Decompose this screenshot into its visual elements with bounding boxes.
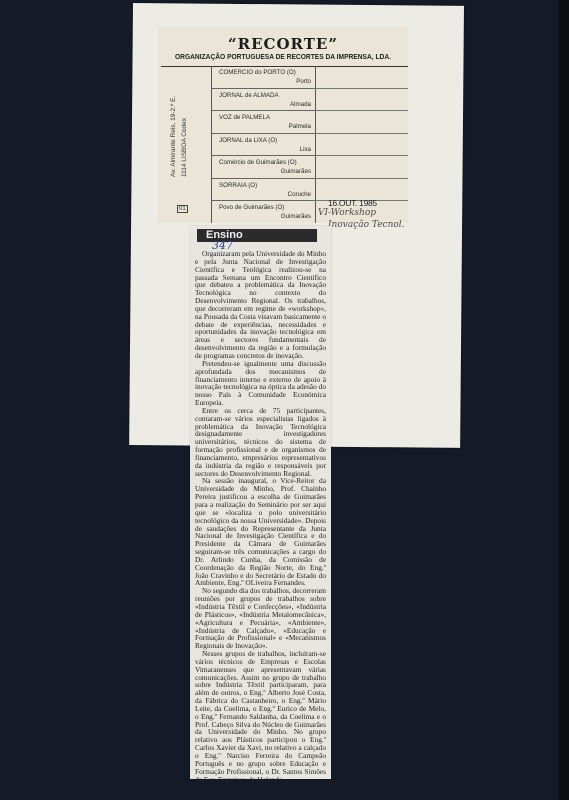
publication-place: Guimarães — [281, 168, 311, 175]
publication-place: Porto — [296, 78, 311, 85]
publication-row: JORNAL da LIXA (O) Lixa — [212, 134, 315, 157]
article-paragraph: Organizaram pela Universidade do Minho e… — [195, 250, 326, 360]
publication-place: Guimarães — [281, 213, 311, 220]
publication-place: Coruche — [288, 191, 311, 198]
article-body: Organizaram pela Universidade do Minho e… — [195, 250, 326, 783]
publication-row: JORNAL de ALMADA Almada — [212, 89, 315, 112]
publication-name: VOZ de PALMELA — [219, 114, 270, 121]
article-paragraph: No segundo dia dos trabalhos, decorreram… — [195, 587, 326, 650]
handwritten-note: Inovação Tecnol. — [328, 220, 405, 230]
publication-name: COMERCIO do PORTO (O) — [219, 69, 296, 76]
handwritten-note: VI-Workshop — [318, 208, 376, 218]
scan-edge — [559, 0, 569, 800]
address-line-2: 1114 LISBOA Codex — [179, 17, 190, 177]
note-line — [315, 134, 408, 157]
date-stamp: 16.OUT. 1985 — [328, 198, 377, 208]
publication-name: SORRAIA (O) — [219, 182, 257, 189]
address-line-1: Av. Almirante Reis, 19-2.º E. — [168, 17, 179, 177]
publication-row: COMERCIO do PORTO (O) Porto — [212, 66, 315, 89]
agency-address: Av. Almirante Reis, 19-2.º E. 1114 LISBO… — [168, 17, 198, 177]
publication-place: Lixa — [300, 146, 311, 153]
publication-name: Comércio de Guimarães (O) — [219, 159, 297, 166]
recorte-header-slip: “RECORTE” ORGANIZAÇÃO PORTUGUESA DE RECO… — [158, 27, 408, 223]
article-paragraph: Entre os cerca de 75 participantes, cont… — [195, 407, 326, 478]
publication-row: SORRAIA (O) Coruche — [212, 179, 315, 202]
form-code: 01 — [177, 205, 188, 213]
newspaper-clipping: Ensino 347 Organizaram pela Universidade… — [190, 226, 331, 779]
agency-subtitle: ORGANIZAÇÃO PORTUGUESA DE RECORTES DA IM… — [164, 54, 402, 61]
publication-place: Almada — [290, 101, 311, 108]
publication-row: Comércio de Guimarães (O) Guimarães — [212, 156, 315, 179]
article-paragraph: Na sessão inaugural, o Vice-Reitor da Un… — [195, 477, 326, 587]
publication-name: JORNAL da LIXA (O) — [219, 137, 277, 144]
note-line — [315, 89, 408, 112]
publication-place: Palmela — [289, 123, 311, 130]
note-line — [315, 66, 408, 89]
publication-row: VOZ de PALMELA Palmela — [212, 111, 315, 134]
publication-name: Povo de Guimarães (O) — [219, 204, 284, 211]
publication-list: COMERCIO do PORTO (O) Porto JORNAL de AL… — [211, 66, 316, 223]
article-paragraph: Pretendeu-se igualmente uma discussão ap… — [195, 360, 326, 407]
publication-row: Povo de Guimarães (O) Guimarães — [212, 201, 315, 223]
notes-column — [315, 66, 408, 201]
note-line — [315, 156, 408, 179]
publication-name: JORNAL de ALMADA — [219, 92, 279, 99]
note-line — [315, 111, 408, 134]
article-paragraph: Nesses grupos de trabalhos, incluíram-se… — [195, 650, 326, 783]
